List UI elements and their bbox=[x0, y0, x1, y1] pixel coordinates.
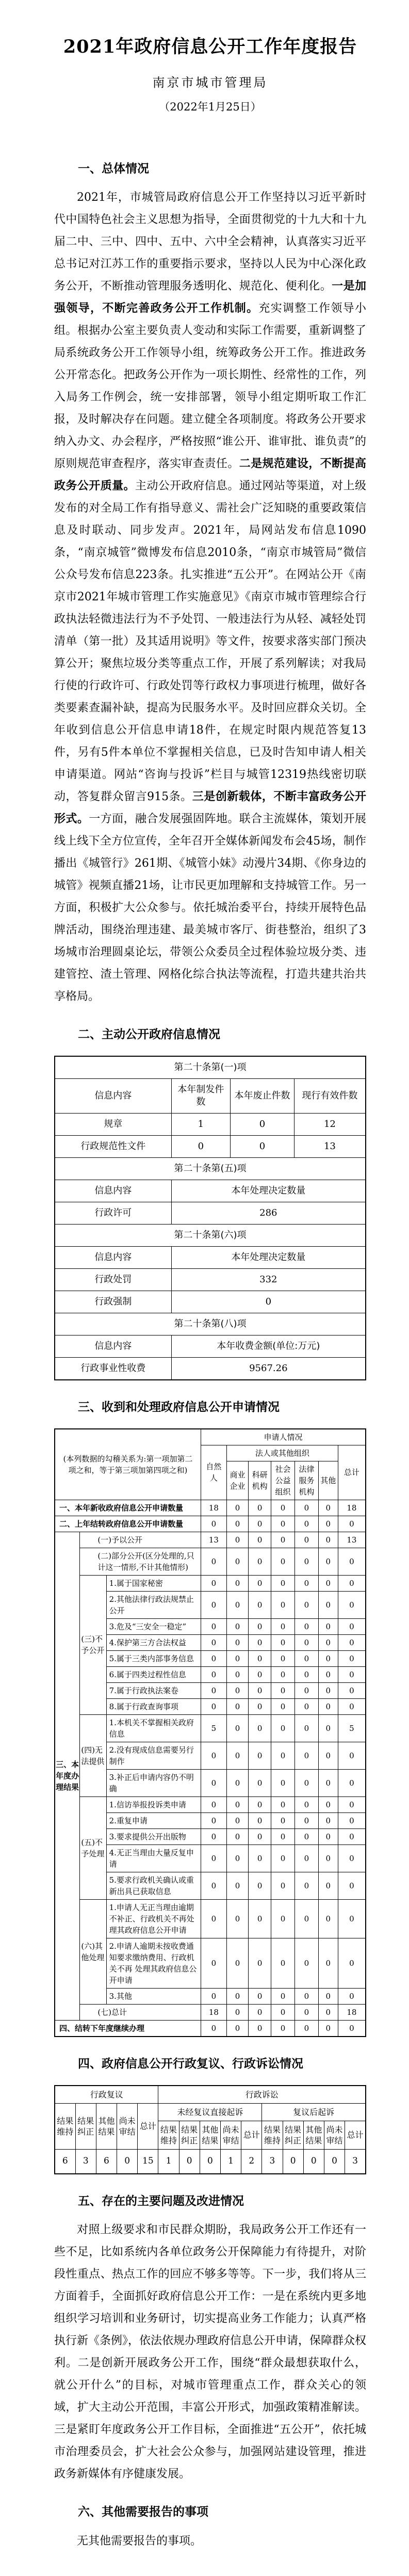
value-cell: 0 bbox=[226, 1812, 248, 1828]
value-cell: 0 bbox=[338, 1769, 366, 1796]
column-header: 总计 bbox=[241, 2121, 262, 2149]
row-label: 8.属于行政查询事项 bbox=[106, 1698, 201, 1714]
value-cell: 0 bbox=[318, 1769, 338, 1796]
value-cell: 0 bbox=[226, 1548, 248, 1575]
value-cell: 0 bbox=[201, 1575, 226, 1591]
value-cell: 0 bbox=[318, 1796, 338, 1812]
value-cell: 0 bbox=[201, 1516, 226, 1532]
column-header: 其他 bbox=[318, 1461, 338, 1500]
value-cell: 0 bbox=[249, 1844, 271, 1872]
value-cell: 0 bbox=[271, 1844, 295, 1872]
value-cell: 0 bbox=[271, 1575, 295, 1591]
value-cell: 0 bbox=[201, 1812, 226, 1828]
value-cell: 0 bbox=[201, 1988, 226, 2004]
table-row: 行政许可 286 bbox=[55, 1202, 366, 1225]
value-cell: 5 bbox=[201, 1714, 226, 1742]
table-row: 6 3 6 0 15 1 0 0 1 2 3 0 0 0 3 bbox=[55, 2149, 366, 2174]
value-cell: 0 bbox=[338, 1988, 366, 2004]
value-cell: 5 bbox=[338, 1714, 366, 1742]
value-cell: 0 bbox=[249, 1618, 271, 1634]
row-label: 1.申请人无正当理由逾期不补正、行政机关不再处理其政府信息公开申请 bbox=[106, 1899, 201, 1938]
value-cell: 0 bbox=[295, 1828, 318, 1844]
article-20-table: 第二十条第(一)项 信息内容 本年制发件数 本年废止件数 现行有效件数 规章 1… bbox=[54, 1056, 366, 1380]
paragraph-text: 充实调整工作领导小组。根据办公室主要负责人变动和实际工作需要，重新调整了局系统政… bbox=[54, 302, 366, 470]
column-header: 信息内容 bbox=[55, 1247, 171, 1269]
value-cell: 0 bbox=[201, 1769, 226, 1796]
table-row: 信息内容 本年制发件数 本年废止件数 现行有效件数 bbox=[55, 1079, 366, 1114]
value-cell: 18 bbox=[201, 1500, 226, 1516]
unable-group-label: (四)无法提供 bbox=[80, 1714, 106, 1796]
litigation-group-header: 行政诉讼 bbox=[158, 2086, 366, 2104]
value-cell: 0 bbox=[201, 1828, 226, 1844]
value-cell: 0 bbox=[201, 1666, 226, 1682]
value-cell: 0 bbox=[201, 1742, 226, 1769]
value-cell: 0 bbox=[249, 1872, 271, 1899]
value-cell: 18 bbox=[338, 1500, 366, 1516]
document-date: （2022年1月25日） bbox=[54, 99, 366, 114]
value-cell: 0 bbox=[226, 1742, 248, 1769]
value-cell: 0 bbox=[318, 1500, 338, 1516]
table-row: 信息内容 本年收费金额(单位:万元) bbox=[55, 1335, 366, 1358]
value-cell: 0 bbox=[318, 1988, 338, 2004]
value-cell: 0 bbox=[226, 1769, 248, 1796]
value-cell: 0 bbox=[338, 1666, 366, 1682]
value-cell: 286 bbox=[171, 1202, 366, 1225]
value-cell: 0 bbox=[318, 1532, 338, 1548]
table-row: 行政强制 0 bbox=[55, 1291, 366, 1313]
row-label: 1.信访举报投诉类申请 bbox=[106, 1796, 201, 1812]
table-row: 第二十条第(八)项 bbox=[55, 1313, 366, 1335]
value-cell: 0 bbox=[249, 1742, 271, 1769]
value-cell: 0 bbox=[295, 1666, 318, 1682]
column-header: 信息内容 bbox=[55, 1180, 171, 1202]
table-row: 四、结转下年度继续办理 0000000 bbox=[55, 2020, 366, 2037]
table-row: 行政复议 行政诉讼 bbox=[55, 2086, 366, 2104]
value-cell: 0 bbox=[249, 1666, 271, 1682]
column-header: 本年处理决定数量 bbox=[171, 1247, 366, 1269]
value-cell: 0 bbox=[295, 1899, 318, 1938]
section-3-heading: 三、收到和处理政府信息公开申请情况 bbox=[54, 1398, 366, 1417]
value-cell: 1 bbox=[158, 2149, 179, 2174]
value-cell: 0 bbox=[226, 1796, 248, 1812]
value-cell: 0 bbox=[295, 1516, 318, 1532]
value-cell: 0 bbox=[201, 1872, 226, 1899]
column-header: 其他结果 bbox=[303, 2121, 324, 2149]
value-cell: 0 bbox=[249, 2020, 271, 2037]
column-header: 总计 bbox=[138, 2103, 158, 2149]
column-header: 其他结果 bbox=[96, 2103, 117, 2149]
value-cell: 0 bbox=[249, 1516, 271, 1532]
value-cell: 0 bbox=[201, 2020, 226, 2037]
table-row: (本列数据的勾稽关系为:第一项加第二项之和，等于第三项加第四项之和) 申请人情况 bbox=[55, 1429, 366, 1445]
column-header: 结果纠正 bbox=[283, 2121, 303, 2149]
value-cell: 0 bbox=[338, 1796, 366, 1812]
table-row: 三、本年度办理结果 (一)予以公开 130000013 bbox=[55, 1532, 366, 1548]
value-cell: 0 bbox=[271, 2004, 295, 2020]
value-cell: 0 bbox=[226, 1938, 248, 1988]
row-label: 3.要求提供公开出版物 bbox=[106, 1828, 201, 1844]
column-header: 法律服务机构 bbox=[295, 1461, 318, 1500]
value-cell: 0 bbox=[338, 1575, 366, 1591]
nothandle-group-label: (五)不予处理 bbox=[80, 1796, 106, 1899]
value-cell: 0 bbox=[226, 1500, 248, 1516]
value-cell: 0 bbox=[271, 1666, 295, 1682]
row-label: 行政许可 bbox=[55, 1202, 171, 1225]
value-cell: 0 bbox=[249, 1938, 271, 1988]
value-cell: 0 bbox=[226, 2020, 248, 2037]
value-cell: 0 bbox=[271, 1872, 295, 1899]
value-cell: 0 bbox=[338, 2020, 366, 2037]
column-header: 总计 bbox=[345, 2121, 366, 2149]
value-cell: 12 bbox=[294, 1114, 366, 1136]
value-cell: 0 bbox=[226, 2004, 248, 2020]
table-row: 行政规范性文件 0 0 13 bbox=[55, 1136, 366, 1158]
section-2-heading: 二、主动公开政府信息情况 bbox=[54, 1025, 366, 1044]
value-cell: 0 bbox=[201, 1548, 226, 1575]
value-cell: 0 bbox=[271, 1634, 295, 1650]
value-cell: 0 bbox=[318, 1516, 338, 1532]
column-header: 自然人 bbox=[201, 1445, 226, 1500]
column-header: 结果维持 bbox=[262, 2121, 283, 2149]
value-cell: 0 bbox=[295, 2020, 318, 2037]
value-cell: 0 bbox=[271, 1548, 295, 1575]
row-label: 6.属于四类过程性信息 bbox=[106, 1666, 201, 1682]
value-cell: 13 bbox=[294, 1136, 366, 1158]
value-cell: 0 bbox=[271, 1532, 295, 1548]
value-cell: 0 bbox=[226, 1872, 248, 1899]
value-cell: 332 bbox=[171, 1269, 366, 1291]
value-cell: 0 bbox=[171, 1136, 231, 1158]
value-cell: 6 bbox=[55, 2149, 75, 2174]
row-label: (二)部分公开(区分处理的,只计这一情形,不计其他情形) bbox=[80, 1548, 201, 1575]
value-cell: 1 bbox=[221, 2149, 241, 2174]
table-row: 规章 1 0 12 bbox=[55, 1114, 366, 1136]
applications-table: (本列数据的勾稽关系为:第一项加第二项之和，等于第三项加第四项之和) 申请人情况… bbox=[54, 1428, 366, 2037]
row-label: 2.其他法律行政法规禁止公开 bbox=[106, 1591, 201, 1618]
value-cell: 0 bbox=[249, 1828, 271, 1844]
value-cell: 3 bbox=[262, 2149, 283, 2174]
column-header: 本年废止件数 bbox=[231, 1079, 295, 1114]
column-header: 商业企业 bbox=[226, 1461, 248, 1500]
value-cell: 0 bbox=[201, 1938, 226, 1988]
part5-header-cell: 第二十条第(五)项 bbox=[55, 1158, 366, 1180]
value-cell: 0 bbox=[226, 1828, 248, 1844]
value-cell: 9567.26 bbox=[171, 1358, 366, 1380]
row-label: 2.重复申请 bbox=[106, 1812, 201, 1828]
value-cell: 0 bbox=[271, 1516, 295, 1532]
value-cell: 0 bbox=[318, 1682, 338, 1698]
value-cell: 0 bbox=[226, 1516, 248, 1532]
row-label: 4.无正当理由大量反复申请 bbox=[106, 1844, 201, 1872]
value-cell: 0 bbox=[226, 1666, 248, 1682]
value-cell: 0 bbox=[318, 1938, 338, 1988]
value-cell: 0 bbox=[249, 1650, 271, 1666]
value-cell: 0 bbox=[249, 1548, 271, 1575]
value-cell: 13 bbox=[338, 1532, 366, 1548]
value-cell: 0 bbox=[318, 1812, 338, 1828]
value-cell: 0 bbox=[271, 2020, 295, 2037]
table-row: 信息内容 本年处理决定数量 bbox=[55, 1180, 366, 1202]
table-row: 第二十条第(一)项 bbox=[55, 1056, 366, 1079]
value-cell: 0 bbox=[231, 1136, 295, 1158]
value-cell: 0 bbox=[201, 1634, 226, 1650]
value-cell: 0 bbox=[318, 1714, 338, 1742]
section-5-heading: 五、存在的主要问题及改进情况 bbox=[54, 2192, 366, 2211]
row-label: 一、本年新收政府信息公开申请数量 bbox=[55, 1500, 201, 1516]
value-cell: 0 bbox=[271, 1899, 295, 1938]
value-cell: 0 bbox=[338, 1844, 366, 1872]
value-cell: 0 bbox=[226, 1575, 248, 1591]
column-header: 尚未审结 bbox=[324, 2121, 345, 2149]
row-label: 行政强制 bbox=[55, 1291, 171, 1313]
results-group-label: 三、本年度办理结果 bbox=[55, 1532, 80, 2020]
part6-header-cell: 第二十条第(六)项 bbox=[55, 1225, 366, 1247]
section-1-heading: 一、总体情况 bbox=[54, 160, 366, 179]
table-row: (七)总计 180000018 bbox=[55, 2004, 366, 2020]
value-cell: 0 bbox=[338, 1828, 366, 1844]
table-row: (二)部分公开(区分处理的,只计这一情形,不计其他情形) 0000000 bbox=[55, 1548, 366, 1575]
section-6-heading: 六、其他需要报告的事项 bbox=[54, 2503, 366, 2522]
row-label: 5.要求行政机关确认或重新出具已获取信息 bbox=[106, 1872, 201, 1899]
value-cell: 0 bbox=[271, 1828, 295, 1844]
value-cell: 3 bbox=[75, 2149, 96, 2174]
value-cell: 2 bbox=[241, 2149, 262, 2174]
table-row: (五)不予处理 1.信访举报投诉类申请 0000000 bbox=[55, 1796, 366, 1812]
reconciliation-note: (本列数据的勾稽关系为:第一项加第二项之和，等于第三项加第四项之和) bbox=[55, 1429, 201, 1500]
value-cell: 0 bbox=[338, 1872, 366, 1899]
table-row: (四)无法提供 1.本机关不掌握相关政府信息 5000005 bbox=[55, 1714, 366, 1742]
value-cell: 1 bbox=[171, 1114, 231, 1136]
page-title: 2021年政府信息公开工作年度报告 bbox=[54, 35, 366, 59]
row-label: 2.没有现成信息需要另行制作 bbox=[106, 1742, 201, 1769]
value-cell: 0 bbox=[249, 1500, 271, 1516]
value-cell: 0 bbox=[249, 1988, 271, 2004]
row-label: 4.保护第三方合法权益 bbox=[106, 1634, 201, 1650]
value-cell: 0 bbox=[226, 1532, 248, 1548]
direct-suit-header: 未经复议直接起诉 bbox=[158, 2103, 262, 2121]
value-cell: 0 bbox=[338, 1591, 366, 1618]
value-cell: 0 bbox=[226, 1591, 248, 1618]
row-label: 7.属于行政执法案卷 bbox=[106, 1682, 201, 1698]
column-header: 尚未审结 bbox=[221, 2121, 241, 2149]
value-cell: 0 bbox=[295, 1988, 318, 2004]
value-cell: 0 bbox=[295, 1532, 318, 1548]
row-label: 1.属于国家秘密 bbox=[106, 1575, 201, 1591]
value-cell: 0 bbox=[249, 1714, 271, 1742]
value-cell: 0 bbox=[338, 1938, 366, 1988]
value-cell: 0 bbox=[338, 1812, 366, 1828]
section-5-paragraph: 对照上级要求和市民群众期盼，我局政务公开工作还有一些不足，比如系统内各单位政务公… bbox=[54, 2219, 366, 2485]
value-cell: 0 bbox=[271, 1714, 295, 1742]
value-cell: 0 bbox=[271, 1742, 295, 1769]
part8-header-cell: 第二十条第(八)项 bbox=[55, 1313, 366, 1335]
column-header: 其他结果 bbox=[200, 2121, 220, 2149]
value-cell: 15 bbox=[138, 2149, 158, 2174]
value-cell: 3 bbox=[345, 2149, 366, 2174]
value-cell: 0 bbox=[318, 1698, 338, 1714]
column-header: 结果纠正 bbox=[75, 2103, 96, 2149]
value-cell: 0 bbox=[201, 1698, 226, 1714]
value-cell: 0 bbox=[318, 1618, 338, 1634]
refused-group-label: (三)不予公开 bbox=[80, 1575, 106, 1714]
table-row: 二、上年结转政府信息公开申请数量 0000000 bbox=[55, 1516, 366, 1532]
value-cell: 0 bbox=[226, 1844, 248, 1872]
row-label: (七)总计 bbox=[80, 2004, 201, 2020]
value-cell: 18 bbox=[201, 2004, 226, 2020]
section-4-heading: 四、政府信息公开行政复议、行政诉讼情况 bbox=[54, 2055, 366, 2074]
value-cell: 0 bbox=[117, 2149, 138, 2174]
value-cell: 0 bbox=[201, 1844, 226, 1872]
value-cell: 0 bbox=[338, 1899, 366, 1938]
value-cell: 0 bbox=[295, 1812, 318, 1828]
column-header: 本年处理决定数量 bbox=[171, 1180, 366, 1202]
value-cell: 0 bbox=[226, 1714, 248, 1742]
legal-entity-group-header: 法人或其他组织 bbox=[226, 1445, 338, 1461]
row-label: 行政处罚 bbox=[55, 1269, 171, 1291]
value-cell: 0 bbox=[318, 1872, 338, 1899]
value-cell: 0 bbox=[318, 1899, 338, 1938]
value-cell: 0 bbox=[249, 1634, 271, 1650]
column-header: 本年收费金额(单位:万元) bbox=[171, 1335, 366, 1358]
value-cell: 0 bbox=[318, 1666, 338, 1682]
table-row: 第二十条第(五)项 bbox=[55, 1158, 366, 1180]
paragraph-text: 主动公开政府信息。通过网站等渠道，对上级发布的对全局工作有指导意义、需社会广泛知… bbox=[54, 480, 366, 803]
column-header: 信息内容 bbox=[55, 1335, 171, 1358]
section-1-paragraph: 2021年，市城管局政府信息公开工作坚持以习近平新时代中国特色社会主义思想为指导… bbox=[54, 186, 366, 1008]
value-cell: 0 bbox=[226, 1899, 248, 1938]
value-cell: 0 bbox=[295, 1618, 318, 1634]
value-cell: 0 bbox=[338, 1650, 366, 1666]
value-cell: 0 bbox=[226, 1698, 248, 1714]
table-row: 行政事业性收费 9567.26 bbox=[55, 1358, 366, 1380]
table-row: 一、本年新收政府信息公开申请数量 180000018 bbox=[55, 1500, 366, 1516]
value-cell: 0 bbox=[226, 1682, 248, 1698]
column-header: 结果维持 bbox=[55, 2103, 75, 2149]
value-cell: 0 bbox=[231, 1114, 295, 1136]
value-cell: 0 bbox=[303, 2149, 324, 2174]
paragraph-text: 一方面，融合发展强固阵地。联合主流媒体，策划开展线上线下全方位宣传，全年召开全媒… bbox=[54, 813, 366, 1003]
value-cell: 0 bbox=[318, 2020, 338, 2037]
otherhandle-group-label: (六)其他处理 bbox=[80, 1899, 106, 2004]
value-cell: 0 bbox=[171, 1291, 366, 1313]
value-cell: 0 bbox=[226, 1988, 248, 2004]
value-cell: 0 bbox=[200, 2149, 220, 2174]
column-header: 现行有效件数 bbox=[294, 1079, 366, 1114]
table-row: 第二十条第(六)项 bbox=[55, 1225, 366, 1247]
value-cell: 0 bbox=[271, 1698, 295, 1714]
row-label: 1.本机关不掌握相关政府信息 bbox=[106, 1714, 201, 1742]
value-cell: 0 bbox=[295, 1682, 318, 1698]
document-page: 2021年政府信息公开工作年度报告 南京市城市管理局 （2022年1月25日） … bbox=[0, 0, 409, 2576]
value-cell: 0 bbox=[295, 1548, 318, 1575]
value-cell: 0 bbox=[249, 1698, 271, 1714]
value-cell: 0 bbox=[249, 1591, 271, 1618]
value-cell: 0 bbox=[295, 1872, 318, 1899]
value-cell: 0 bbox=[271, 1938, 295, 1988]
column-header: 结果纠正 bbox=[179, 2121, 200, 2149]
column-header: 结果维持 bbox=[158, 2121, 179, 2149]
value-cell: 0 bbox=[249, 1812, 271, 1828]
value-cell: 0 bbox=[295, 1769, 318, 1796]
value-cell: 0 bbox=[201, 1796, 226, 1812]
value-cell: 0 bbox=[295, 1591, 318, 1618]
value-cell: 0 bbox=[295, 1650, 318, 1666]
column-header: 尚未审结 bbox=[117, 2103, 138, 2149]
value-cell: 0 bbox=[226, 1634, 248, 1650]
column-header: 科研机构 bbox=[249, 1461, 271, 1500]
value-cell: 0 bbox=[271, 1682, 295, 1698]
value-cell: 0 bbox=[201, 1591, 226, 1618]
value-cell: 0 bbox=[271, 1618, 295, 1634]
value-cell: 0 bbox=[295, 1844, 318, 1872]
value-cell: 0 bbox=[249, 1796, 271, 1812]
value-cell: 0 bbox=[338, 1698, 366, 1714]
row-label: 行政事业性收费 bbox=[55, 1358, 171, 1380]
table-row: 结果维持 结果纠正 其他结果 尚未审结 总计 未经复议直接起诉 复议后起诉 bbox=[55, 2103, 366, 2121]
value-cell: 0 bbox=[324, 2149, 345, 2174]
value-cell: 18 bbox=[338, 2004, 366, 2020]
value-cell: 0 bbox=[318, 1575, 338, 1591]
value-cell: 0 bbox=[338, 1682, 366, 1698]
value-cell: 0 bbox=[201, 1682, 226, 1698]
paragraph-text: 2021年，市城管局政府信息公开工作坚持以习近平新时代中国特色社会主义思想为指导… bbox=[54, 191, 366, 293]
value-cell: 0 bbox=[271, 1591, 295, 1618]
value-cell: 13 bbox=[201, 1532, 226, 1548]
value-cell: 0 bbox=[271, 1650, 295, 1666]
table-row: 信息内容 本年处理决定数量 bbox=[55, 1247, 366, 1269]
value-cell: 6 bbox=[96, 2149, 117, 2174]
table-row: 行政处罚 332 bbox=[55, 1269, 366, 1291]
value-cell: 0 bbox=[201, 1618, 226, 1634]
row-label: 2.申请人逾期未按收费通知要求缴纳费用、行政机关不再 处理其政府信息公开申请 bbox=[106, 1938, 201, 1988]
value-cell: 0 bbox=[179, 2149, 200, 2174]
value-cell: 0 bbox=[295, 1938, 318, 1988]
value-cell: 0 bbox=[295, 1634, 318, 1650]
value-cell: 0 bbox=[249, 1575, 271, 1591]
table-row: (六)其他处理 1.申请人无正当理由逾期不补正、行政机关不再处理其政府信息公开申… bbox=[55, 1899, 366, 1938]
value-cell: 0 bbox=[201, 1650, 226, 1666]
value-cell: 0 bbox=[249, 1769, 271, 1796]
table-row: (三)不予公开 1.属于国家秘密 0000000 bbox=[55, 1575, 366, 1591]
applicant-header: 申请人情况 bbox=[201, 1429, 366, 1445]
value-cell: 0 bbox=[295, 1500, 318, 1516]
value-cell: 0 bbox=[226, 1618, 248, 1634]
value-cell: 0 bbox=[318, 1828, 338, 1844]
part1-header-cell: 第二十条第(一)项 bbox=[55, 1056, 366, 1079]
value-cell: 0 bbox=[338, 1516, 366, 1532]
value-cell: 0 bbox=[249, 1682, 271, 1698]
value-cell: 0 bbox=[271, 1988, 295, 2004]
value-cell: 0 bbox=[271, 1769, 295, 1796]
review-litigation-table: 行政复议 行政诉讼 结果维持 结果纠正 其他结果 尚未审结 总计 未经复议直接起… bbox=[54, 2085, 366, 2174]
row-label: 3.补正后申请内容仍不明确 bbox=[106, 1769, 201, 1796]
column-header: 本年制发件数 bbox=[171, 1079, 231, 1114]
value-cell: 0 bbox=[318, 2004, 338, 2020]
row-label: 3.其他 bbox=[106, 1988, 201, 2004]
agency-subtitle: 南京市城市管理局 bbox=[54, 72, 366, 90]
value-cell: 0 bbox=[201, 1899, 226, 1938]
value-cell: 0 bbox=[295, 1714, 318, 1742]
value-cell: 0 bbox=[283, 2149, 303, 2174]
row-label: 行政规范性文件 bbox=[55, 1136, 171, 1158]
value-cell: 0 bbox=[338, 1634, 366, 1650]
value-cell: 0 bbox=[318, 1742, 338, 1769]
value-cell: 0 bbox=[318, 1591, 338, 1618]
value-cell: 0 bbox=[318, 1844, 338, 1872]
value-cell: 0 bbox=[338, 1618, 366, 1634]
value-cell: 0 bbox=[249, 1899, 271, 1938]
row-label: 5.属于三类内部事务信息 bbox=[106, 1650, 201, 1666]
